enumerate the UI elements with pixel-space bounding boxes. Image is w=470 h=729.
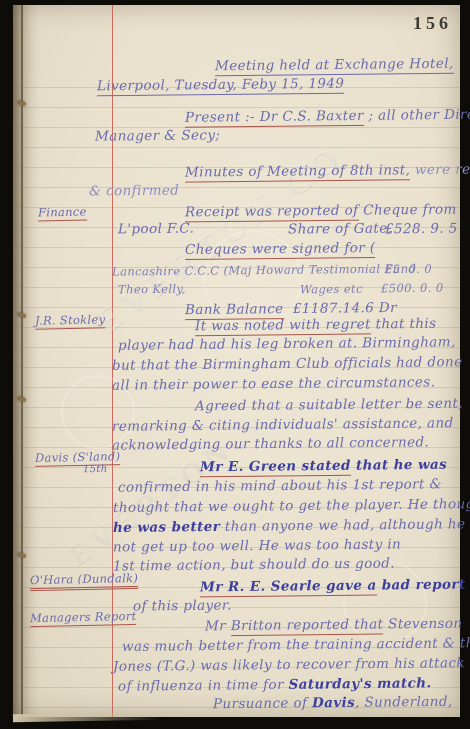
injury-line2: player had had his leg broken at. Birmin… — [118, 334, 456, 354]
scout1-line4: he was better than anyone we had, althou… — [113, 516, 470, 536]
minutes-underlined: Minutes of Meeting of 8th inst, — [185, 162, 410, 182]
scout2-line2: of this player. — [133, 597, 232, 614]
ledger-photo-background: EVERTON CO EVERTON 156 Meeting held at E… — [0, 0, 470, 729]
scout2-l1-bold: bad report — [376, 577, 465, 594]
margin-note-ohara: O'Hara (Dundalk) — [30, 571, 138, 587]
present-names: Present :- Dr C.S. Baxter — [185, 108, 364, 128]
minutes-line2: & confirmed — [89, 183, 179, 200]
scout1-line2: confirmed in his mind about his 1st repo… — [118, 476, 442, 495]
meeting-header-line2: Liverpool, Tuesday, Feby 15, 1949 — [97, 76, 345, 95]
finance-receipt-desc: Share of Gate, — [288, 220, 392, 237]
present-line: Present :- Dr C.S. Baxter ; all other Di… — [185, 106, 470, 126]
cheques-heading: Cheques were signed for ( — [185, 240, 376, 258]
present-line2: Manager & Secy; — [95, 127, 220, 144]
binding-seam — [21, 5, 23, 717]
managers-line4: of influenza in time for Saturday's matc… — [118, 675, 432, 694]
meeting-header-text: Meeting held at Exchange Hotel, — [215, 56, 454, 76]
minute-book-page: EVERTON CO EVERTON 156 Meeting held at E… — [13, 5, 460, 717]
cheque-2-amount: £500. 0. 0 — [381, 281, 444, 296]
margin-note-finance: Finance — [38, 204, 87, 219]
meeting-date-text: Liverpool, Tuesday, Feby 15, 1949 — [97, 76, 345, 97]
cheques-heading-text: Cheques were signed for ( — [185, 240, 376, 260]
margin-note-davis-date: 15th — [83, 464, 108, 476]
ohara-margin-label: O'Hara (Dundalk) — [30, 571, 139, 591]
scout1-line1: Mr E. Green stated that he was — [200, 457, 447, 476]
managers-report-label: Managers Report — [30, 609, 137, 627]
scout1-line6: 1st time action, but should do us good. — [113, 556, 395, 575]
scout1-line3: thought that we ought to get the player.… — [113, 496, 470, 516]
scout1-l1-rest: that he was — [351, 457, 447, 474]
davis-margin-label: Davis (S'land) — [35, 449, 121, 467]
finance-payer: L'pool F.C. — [118, 221, 194, 238]
injury-line4: all in their power to ease the circumsta… — [112, 374, 435, 393]
managers-l1-rest: Stevenson — [383, 616, 462, 633]
managers-l5-bold: Davis — [312, 695, 355, 711]
margin-note-davis: Davis (S'land) — [35, 449, 121, 465]
managers-line1: Mr Britton reported that Stevenson — [205, 616, 463, 635]
page-corner-edge — [13, 712, 163, 723]
managers-l4-bold: Saturday's match. — [288, 675, 431, 692]
scout1-speaker: Mr E. Green stated — [200, 458, 351, 478]
managers-l1-underlined: Britton reported that — [231, 616, 384, 636]
injury-line3: but that the Birmingham Club officials h… — [112, 354, 463, 374]
minutes-rest: were read — [410, 161, 470, 178]
injury-underlined: It was noted with regret — [195, 316, 371, 336]
cheque-2-payee: Theo Kelly, — [118, 282, 186, 297]
injury-line7: acknowledging our thanks to all concerne… — [112, 434, 429, 453]
bank-balance-line: Bank Balance £1187.14.6 Dr — [185, 300, 397, 318]
finance-receipt-line: Receipt was reported of Cheque from — [185, 202, 457, 221]
managers-line3: Jones (T.G.) was likely to recover from … — [113, 655, 465, 675]
scout1-l4-rest: than anyone we had, although he did — [220, 516, 470, 535]
meeting-header-line1: Meeting held at Exchange Hotel, — [215, 56, 454, 74]
injury-line5: Agreed that a suitable letter be sent, — [195, 396, 463, 415]
player-margin-label: J.R. Stokley — [35, 312, 106, 329]
managers-l5-rest: , Sunderland, — [355, 694, 453, 711]
margin-note-player: J.R. Stokley — [35, 312, 106, 327]
scout1-line5: not get up too well. He was too hasty in — [113, 536, 401, 555]
receipt-underlined: Receipt was reported of — [185, 203, 359, 223]
finance-receipt-amount: £528. 9. 5 — [385, 221, 458, 238]
managers-line2: was much better from the training accide… — [122, 635, 470, 655]
finance-label: Finance — [38, 204, 87, 221]
cheque-2-desc: Wages etc — [300, 282, 363, 297]
receipt-rest: Cheque from — [358, 202, 456, 219]
margin-note-managers-report: Managers Report — [30, 609, 137, 625]
managers-line5: Pursuance of Davis, Sunderland, — [213, 694, 453, 713]
managers-l4-pre: of influenza in time for — [118, 677, 289, 695]
page-number: 156 — [413, 13, 452, 34]
injury-l1-rest: that this — [371, 316, 437, 333]
minutes-line: Minutes of Meeting of 8th inst, were rea… — [185, 161, 470, 180]
managers-l5-pre: Pursuance of — [213, 695, 312, 712]
bank-balance-value: £1187.14.6 Dr — [293, 300, 397, 317]
scout1-l4-bold: he was better — [113, 519, 220, 536]
cheque-1-amount: £5. 0. 0 — [385, 262, 432, 276]
managers-l1-pre: Mr — [205, 618, 231, 634]
scout2-line1: Mr R. E. Searle gave a bad report — [200, 577, 466, 596]
injury-line6: remarking & citing individuals' assistan… — [112, 415, 454, 435]
present-rest: ; all other Directors ; — [364, 106, 470, 124]
cheque-1-payee: Lancashire C.C.C (Maj Howard Testimonial… — [112, 261, 416, 278]
injury-line1: It was noted with regret that this — [195, 316, 437, 335]
scout2-speaker: Mr R. E. Searle gave a — [200, 578, 377, 598]
